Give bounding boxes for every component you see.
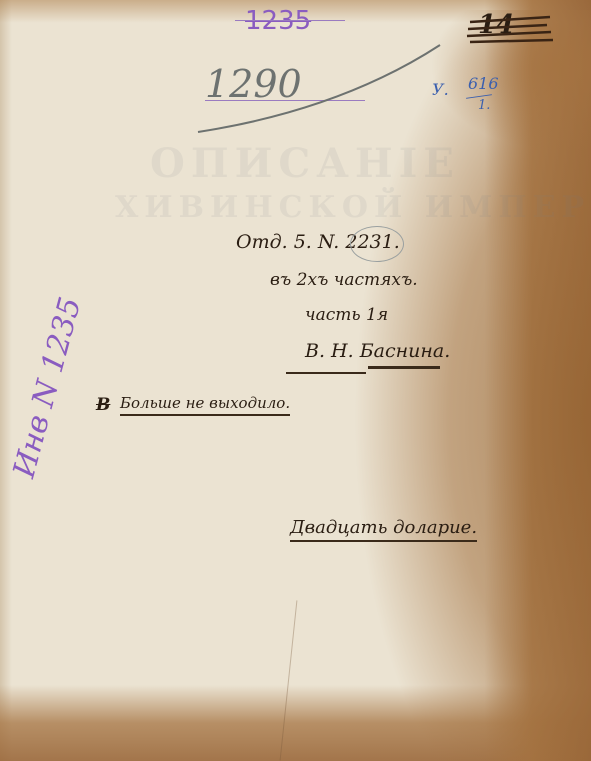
document-page: ОПИСАНIЕ ХИВИНСКОЙ ИМПЕРIИ 1235 1290 14 … [0, 0, 591, 761]
paper-crease [280, 600, 298, 760]
faded-title-line-2: ХИВИНСКОЙ ИМПЕРIИ [115, 190, 591, 225]
price-line: Двадцать доларие. [290, 517, 477, 542]
underline-right [368, 366, 440, 369]
pencil-circle [350, 226, 404, 262]
parts-line: въ 2хъ частяхъ. [270, 270, 418, 290]
blue-mark-sub: 1. [478, 98, 490, 113]
note-line: Больше не выходило. [120, 394, 290, 416]
note-crossed-prefix: В [96, 395, 110, 415]
faded-title-line-1: ОПИСАНIЕ [150, 140, 460, 187]
old-shelf-number: 1235 [245, 6, 311, 36]
corner-crossout [465, 12, 555, 52]
blue-mark-number: 616 [468, 74, 499, 93]
strike-line [235, 20, 345, 21]
pencil-swoosh [190, 40, 450, 140]
blue-mark-letter: У. [432, 80, 449, 99]
underline-left [286, 372, 366, 374]
owner-line: В. Н. Баснина. [305, 340, 450, 362]
part-line: часть 1я [305, 305, 388, 325]
violet-margin-note: Инв N 1235 [7, 294, 89, 482]
